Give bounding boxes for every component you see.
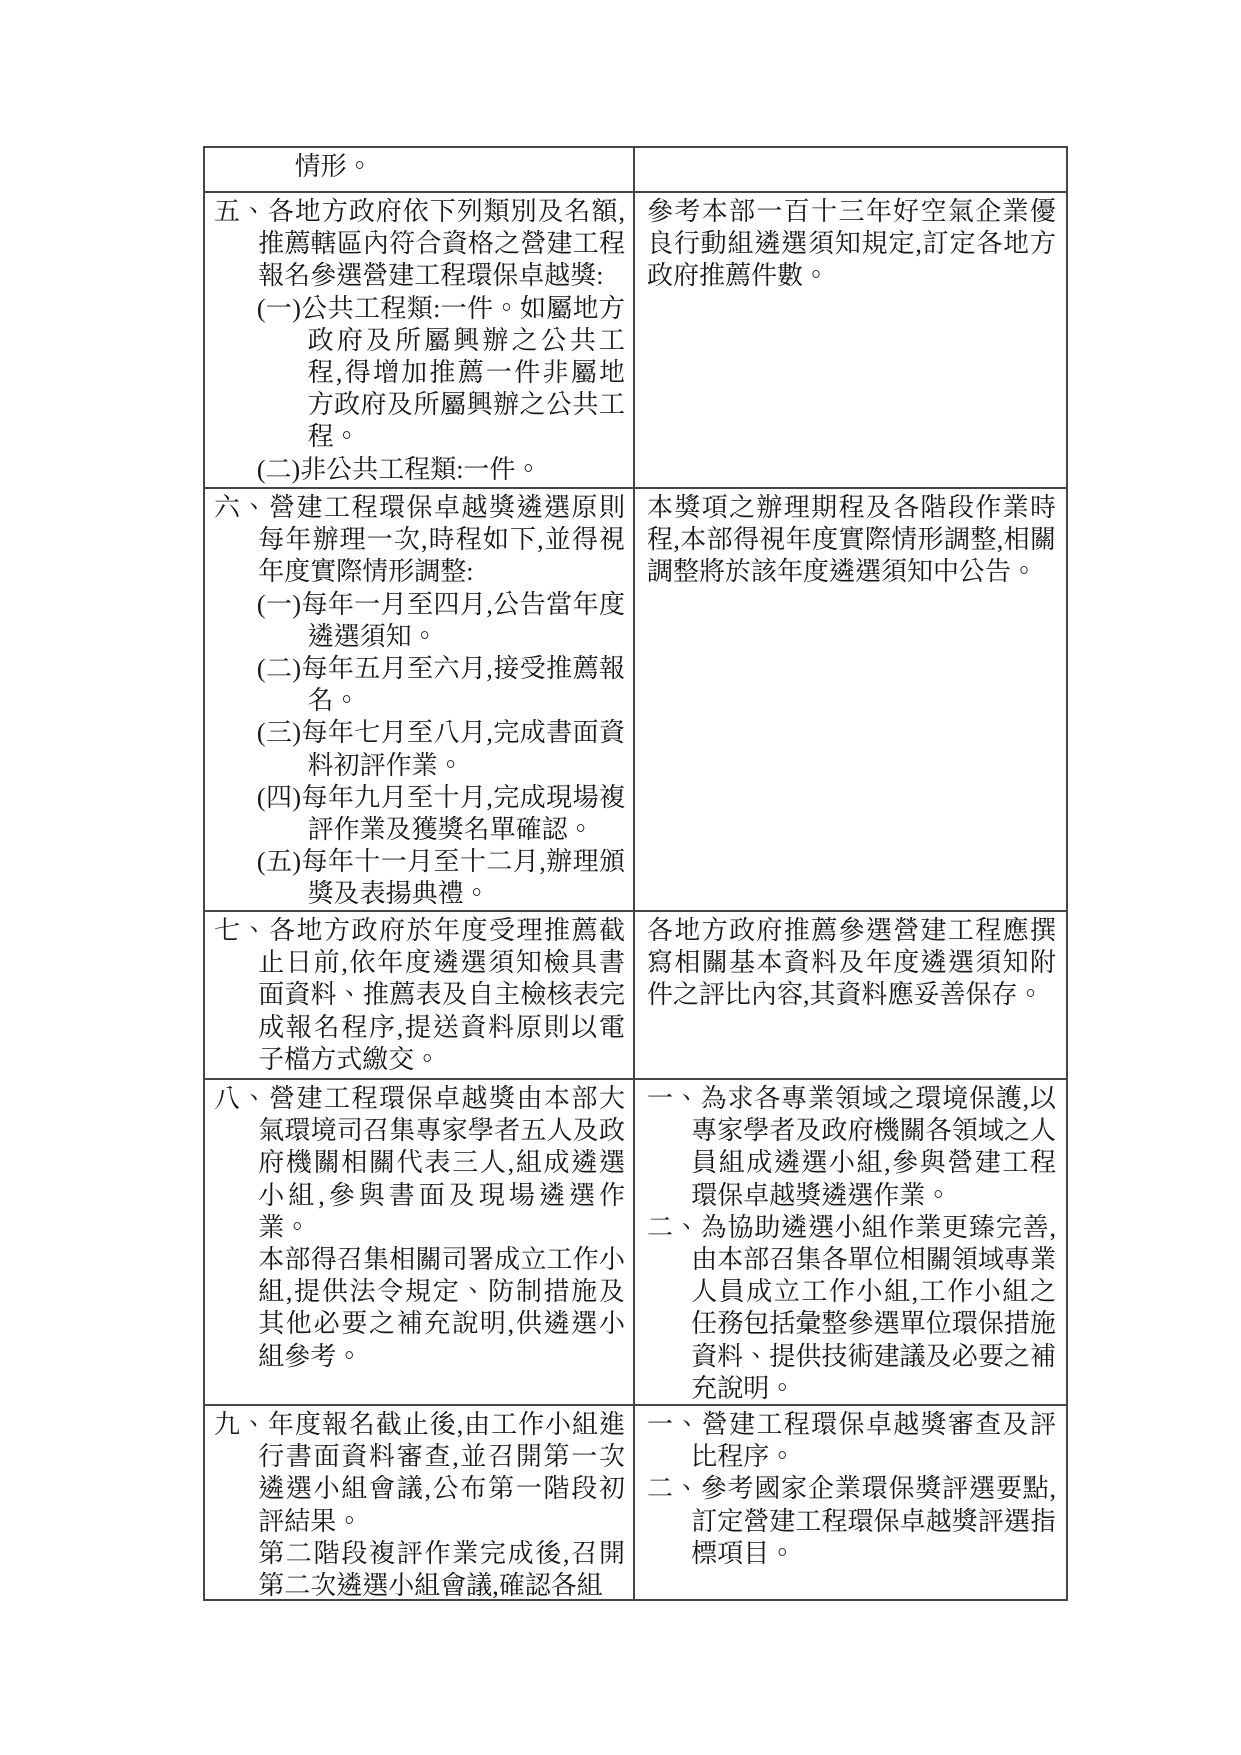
cell-right <box>635 148 1066 191</box>
cell-right: 參考本部一百十三年好空氣企業優良行動組遴選須知規定,訂定各地方政府推薦件數。 <box>635 193 1066 487</box>
paragraph: (二)每年五月至六月,接受推薦報名。 <box>257 653 625 717</box>
paragraph: 二、參考國家企業環保獎評選要點,訂定營建工程環保卓越獎評選指標項目。 <box>647 1473 1056 1570</box>
paragraph: 第二階段複評作業完成後,召開第二次遴選小組會議,確認各組 <box>258 1538 625 1599</box>
paragraph: 一、為求各專業領域之環境保護,以專家學者及政府機關各領域之人員組成遴選小組,參與… <box>647 1083 1056 1212</box>
paragraph: 六、營建工程環保卓越獎遴選原則每年辦理一次,時程如下,並得視年度實際情形調整: <box>214 492 625 589</box>
paragraph: (五)每年十一月至十二月,辦理頒獎及表揚典禮。 <box>257 846 625 910</box>
paragraph: 情形。 <box>295 151 625 183</box>
paragraph: 本獎項之辦理期程及各階段作業時程,本部得視年度實際情形調整,相關調整將於該年度遴… <box>647 492 1056 589</box>
paragraph: 參考本部一百十三年好空氣企業優良行動組遴選須知規定,訂定各地方政府推薦件數。 <box>647 196 1056 293</box>
cell-right: 各地方政府推薦參選營建工程應撰寫相關基本資料及年度遴選須知附件之評比內容,其資料… <box>635 912 1066 1078</box>
regulation-table: 情形。五、各地方政府依下列類別及名額,推薦轄區內符合資格之營建工程報名參選營建工… <box>203 146 1068 1601</box>
table-row: 八、營建工程環保卓越獎由本部大氣環境司召集專家學者五人及政府機關相關代表三人,組… <box>205 1078 1066 1404</box>
cell-right: 一、營建工程環保卓越獎審查及評比程序。二、參考國家企業環保獎評選要點,訂定營建工… <box>635 1406 1066 1599</box>
paragraph: (二)非公共工程類:一件。 <box>257 454 625 486</box>
cell-left: 九、年度報名截止後,由工作小組進行書面資料審查,並召開第一次遴選小組會議,公布第… <box>205 1406 635 1599</box>
paragraph: 本部得召集相關司署成立工作小組,提供法令規定、防制措施及其他必要之補充說明,供遴… <box>258 1244 625 1373</box>
table-row: 九、年度報名截止後,由工作小組進行書面資料審查,並召開第一次遴選小組會議,公布第… <box>205 1404 1066 1599</box>
paragraph: (三)每年七月至八月,完成書面資料初評作業。 <box>257 717 625 781</box>
cell-left: 情形。 <box>205 148 635 191</box>
table-row: 七、各地方政府於年度受理推薦截止日前,依年度遴選須知檢具書面資料、推薦表及自主檢… <box>205 910 1066 1078</box>
paragraph: (四)每年九月至十月,完成現場複評作業及獲獎名單確認。 <box>257 782 625 846</box>
paragraph: 七、各地方政府於年度受理推薦截止日前,依年度遴選須知檢具書面資料、推薦表及自主檢… <box>214 915 625 1076</box>
cell-left: 七、各地方政府於年度受理推薦截止日前,依年度遴選須知檢具書面資料、推薦表及自主檢… <box>205 912 635 1078</box>
table-row: 六、營建工程環保卓越獎遴選原則每年辦理一次,時程如下,並得視年度實際情形調整:(… <box>205 487 1066 910</box>
paragraph: 九、年度報名截止後,由工作小組進行書面資料審查,並召開第一次遴選小組會議,公布第… <box>214 1409 625 1538</box>
cell-right: 本獎項之辦理期程及各階段作業時程,本部得視年度實際情形調整,相關調整將於該年度遴… <box>635 489 1066 910</box>
table-row: 五、各地方政府依下列類別及名額,推薦轄區內符合資格之營建工程報名參選營建工程環保… <box>205 191 1066 487</box>
cell-left: 五、各地方政府依下列類別及名額,推薦轄區內符合資格之營建工程報名參選營建工程環保… <box>205 193 635 487</box>
cell-left: 六、營建工程環保卓越獎遴選原則每年辦理一次,時程如下,並得視年度實際情形調整:(… <box>205 489 635 910</box>
paragraph: 二、為協助遴選小組作業更臻完善,由本部召集各單位相關領域專業人員成立工作小組,工… <box>647 1212 1056 1404</box>
paragraph: (一)公共工程類:一件。如屬地方政府及所屬興辦之公共工程,得增加推薦一件非屬地方… <box>257 293 625 454</box>
cell-right: 一、為求各專業領域之環境保護,以專家學者及政府機關各領域之人員組成遴選小組,參與… <box>635 1080 1066 1404</box>
table-row: 情形。 <box>205 148 1066 191</box>
cell-left: 八、營建工程環保卓越獎由本部大氣環境司召集專家學者五人及政府機關相關代表三人,組… <box>205 1080 635 1404</box>
paragraph: (一)每年一月至四月,公告當年度遴選須知。 <box>257 589 625 653</box>
paragraph: 一、營建工程環保卓越獎審查及評比程序。 <box>647 1409 1056 1473</box>
paragraph: 八、營建工程環保卓越獎由本部大氣環境司召集專家學者五人及政府機關相關代表三人,組… <box>214 1083 625 1244</box>
paragraph: 各地方政府推薦參選營建工程應撰寫相關基本資料及年度遴選須知附件之評比內容,其資料… <box>647 915 1056 1012</box>
document-page: 情形。五、各地方政府依下列類別及名額,推薦轄區內符合資格之營建工程報名參選營建工… <box>0 0 1241 1755</box>
paragraph: 五、各地方政府依下列類別及名額,推薦轄區內符合資格之營建工程報名參選營建工程環保… <box>214 196 625 293</box>
